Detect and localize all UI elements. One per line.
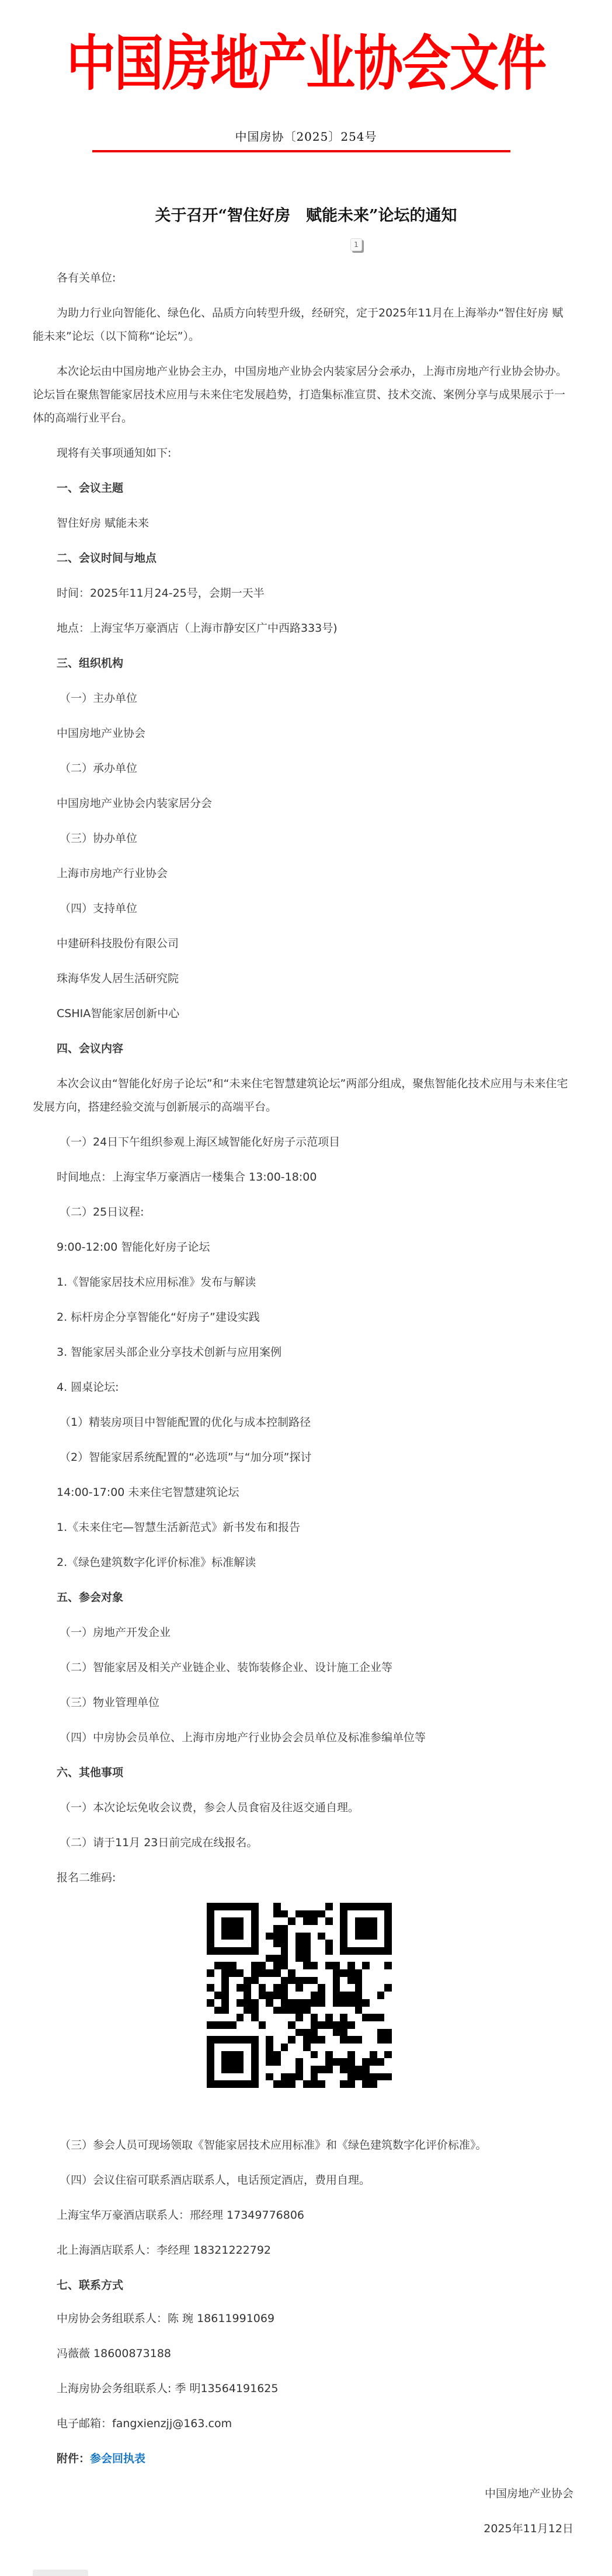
subsection-heading: （四）支持单位 (33, 897, 573, 920)
masthead-title: 中国房地产业协会文件 (0, 22, 612, 105)
section-item: （一）本次论坛免收会议费，参会人员食宿及往返交通自理。 (33, 1796, 573, 1819)
section-item: （四）会议住宿可联系酒店联系人，电话预定酒店，费用自理。 (33, 2168, 573, 2192)
section-item: （四）中房协会员单位、上海市房地产行业协会会员单位及标准参编单位等 (33, 1726, 573, 1749)
agenda-item: 2. 标杆房企分享智能化“好房子”建设实践 (33, 1306, 573, 1329)
section-item: 地点：上海宝华万豪酒店（上海市静安区广中西路333号) (33, 617, 573, 640)
section-item: （三）参会人员可现场领取《智能家居技术应用标准》和《绿色建筑数字化评价标准》。 (33, 2133, 573, 2157)
agenda-item: 1.《未来住宅—智慧生活新范式》新书发布和报告 (33, 1516, 573, 1539)
contact-email: 电子邮箱：fangxienzjj@163.com (33, 2412, 573, 2435)
qr-caption: 报名二维码: (33, 1866, 573, 1889)
section-item: 珠海华发人居生活研究院 (33, 967, 573, 990)
section-heading: 二、会议时间与地点 (33, 546, 573, 570)
intro-paragraph: 为助力行业向智能化、绿色化、品质方向转型升级，经研究，定于2025年11月在上海… (33, 301, 573, 348)
section-item: 上海市房地产行业协会 (33, 862, 573, 885)
document-body: 各有关单位: 为助力行业向智能化、绿色化、品质方向转型升级，经研究，定于2025… (33, 266, 573, 2552)
contact-item: 中房协会务组联系人：陈 琬 18611991069 (33, 2307, 573, 2330)
subsection-heading: （三）协办单位 (33, 827, 573, 850)
agenda-item: 4. 圆桌论坛: (33, 1376, 573, 1399)
bottom-toolbar-stub[interactable] (33, 2570, 88, 2576)
agenda-item: 1.《智能家居技术应用标准》发布与解读 (33, 1270, 573, 1294)
agenda-item: 3. 智能家居头部企业分享技术创新与应用案例 (33, 1341, 573, 1364)
notice-title: 关于召开“智住好房 赋能未来”论坛的通知 (0, 203, 612, 229)
attachment-line: 附件：参会回执表 (33, 2447, 573, 2470)
agenda-item: 9:00-12:00 智能化好房子论坛 (33, 1235, 573, 1259)
section-heading: 一、会议主题 (33, 476, 573, 500)
agenda-item: 2.《绿色建筑数字化评价标准》标准解读 (33, 1551, 573, 1574)
qr-container (33, 1889, 573, 2133)
salutation: 各有关单位: (33, 266, 573, 290)
subsection-heading: （一）24日下午组织参观上海区域智能化好房子示范项目 (33, 1130, 573, 1154)
intro-paragraph: 现将有关事项通知如下: (33, 441, 573, 465)
section-item: 时间：2025年11月24-25号，会期一天半 (33, 582, 573, 605)
section-item: 智住好房 赋能未来 (33, 511, 573, 535)
subsection-heading: （二）承办单位 (33, 757, 573, 780)
red-divider (92, 150, 510, 152)
section-item: CSHIA智能家居创新中心 (33, 1002, 573, 1025)
section-heading: 六、其他事项 (33, 1761, 573, 1784)
agenda-item: 14:00-17:00 未来住宅智慧建筑论坛 (33, 1481, 573, 1504)
footnote-marker-icon[interactable]: 1 (350, 238, 362, 251)
section-heading: 三、组织机构 (33, 652, 573, 675)
hotel-contact: 上海宝华万豪酒店联系人：邢经理 17349776806 (33, 2203, 573, 2227)
registration-qr-code[interactable] (207, 1903, 392, 2088)
section-heading: 四、会议内容 (33, 1037, 573, 1060)
signature-date: 2025年11月12日 (33, 2517, 573, 2540)
document-number: 中国房协〔2025〕254号 (0, 128, 612, 145)
section-item: （三）物业管理单位 (33, 1691, 573, 1714)
section-paragraph: 本次会议由“智能化好房子论坛”和“未来住宅智慧建筑论坛”两部分组成，聚焦智能化技… (33, 1072, 573, 1119)
hotel-contact: 北上海酒店联系人：李经理 18321222792 (33, 2239, 573, 2262)
attachment-link[interactable]: 参会回执表 (90, 2452, 145, 2465)
section-item: 中国房地产业协会内装家居分会 (33, 792, 573, 815)
subsection-heading: （二）25日议程: (33, 1200, 573, 1224)
contact-item: 冯薇薇 18600873188 (33, 2342, 573, 2365)
section-heading: 五、参会对象 (33, 1586, 573, 1609)
section-item: 中建研科技股份有限公司 (33, 932, 573, 955)
contact-item: 上海房协会务组联系人: 季 明13564191625 (33, 2377, 573, 2400)
intro-paragraph: 本次论坛由中国房地产业协会主办，中国房地产业协会内装家居分会承办，上海市房地产行… (33, 360, 573, 430)
agenda-subitem: （1）精装房项目中智能配置的优化与成本控制路径 (33, 1411, 573, 1434)
subsection-heading: （一）主办单位 (33, 687, 573, 710)
section-item: （一）房地产开发企业 (33, 1621, 573, 1644)
agenda-subitem: （2）智能家居系统配置的“必选项”与“加分项”探讨 (33, 1446, 573, 1469)
signature-org: 中国房地产业协会 (33, 2482, 573, 2505)
section-item: （二）智能家居及相关产业链企业、装饰装修企业、设计施工企业等 (33, 1656, 573, 1679)
section-item: 中国房地产业协会 (33, 722, 573, 745)
section-item: 时间地点：上海宝华万豪酒店一楼集合 13:00-18:00 (33, 1165, 573, 1189)
section-heading: 七、联系方式 (33, 2274, 573, 2297)
section-item: （二）请于11月 23日前完成在线报名。 (33, 1831, 573, 1854)
attachment-label: 附件： (57, 2452, 90, 2465)
